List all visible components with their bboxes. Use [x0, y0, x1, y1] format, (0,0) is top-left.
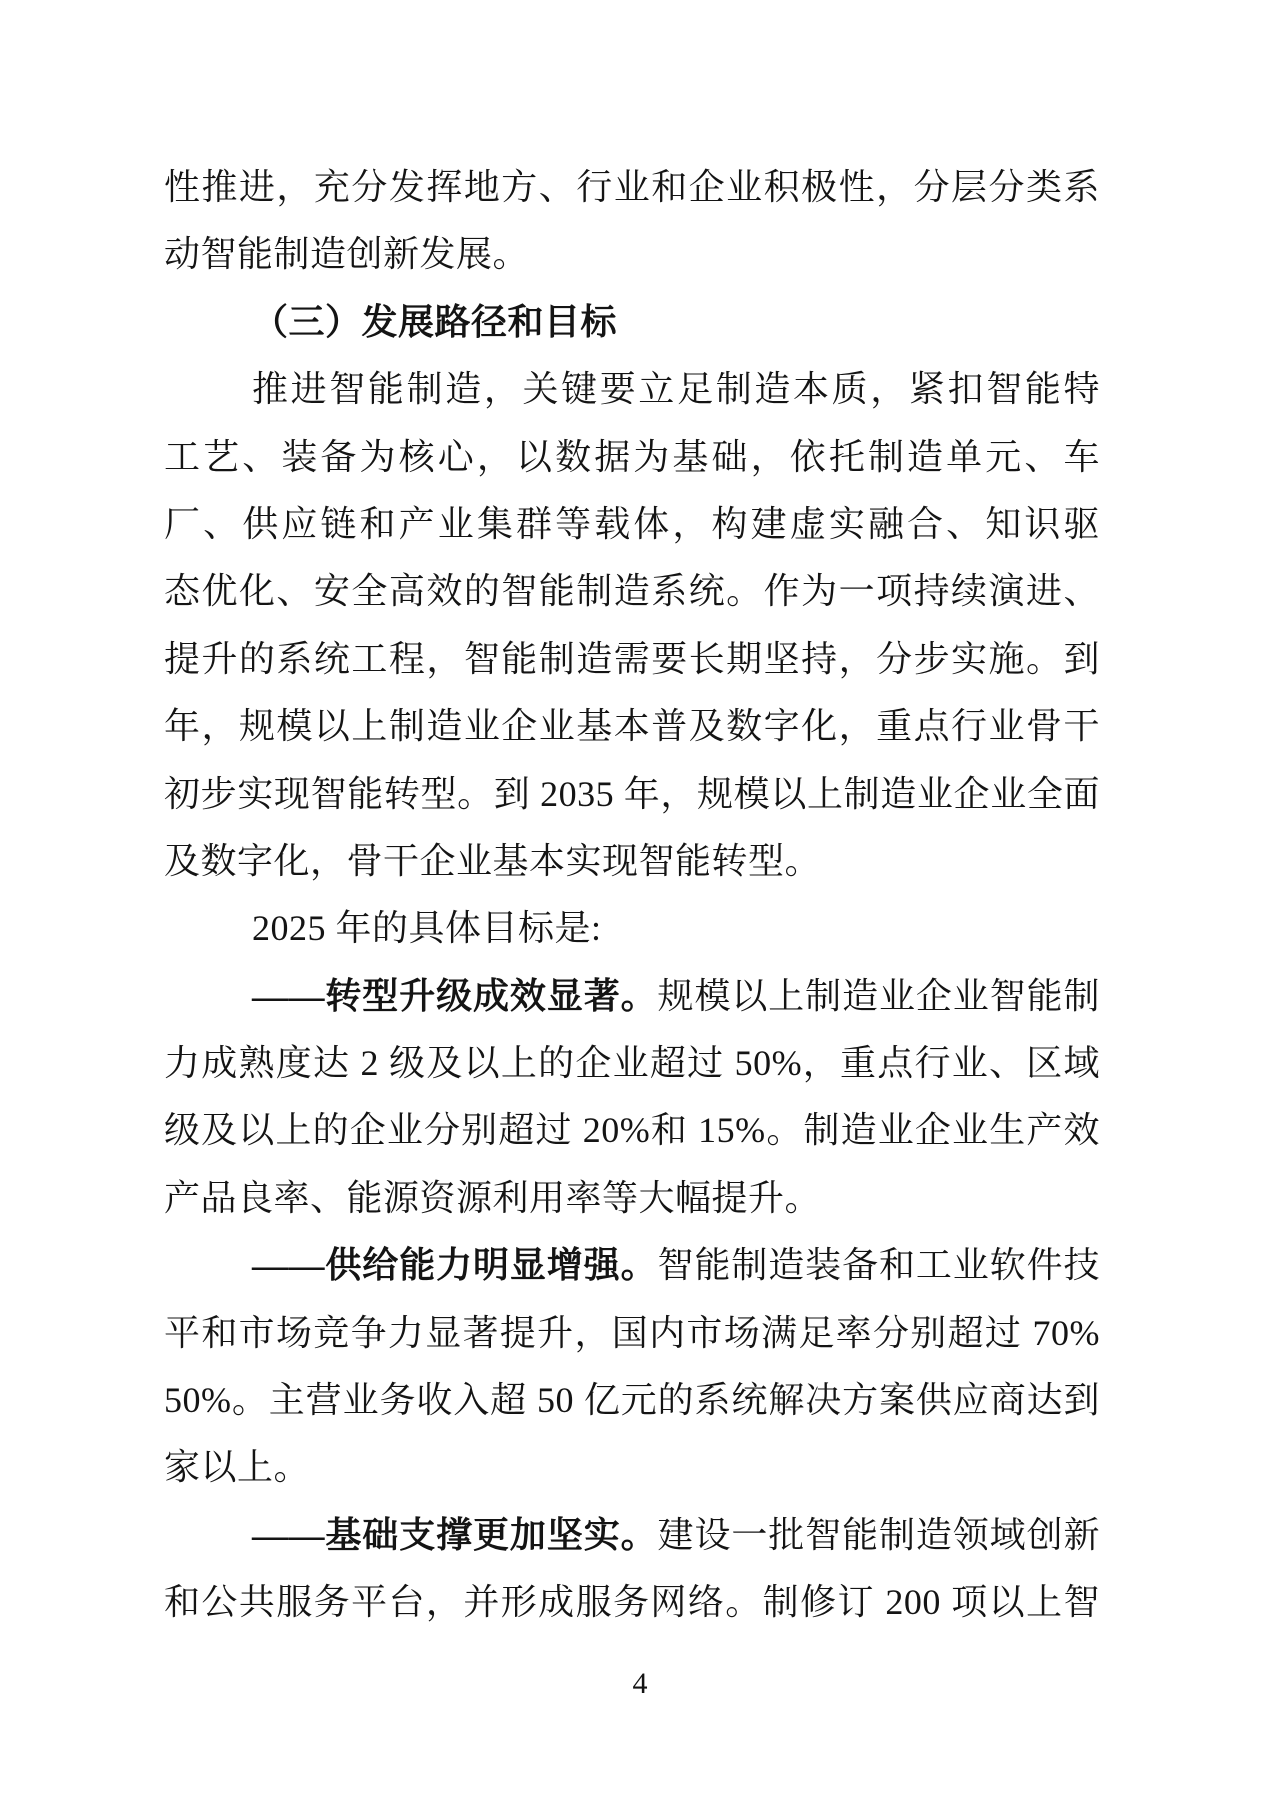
emphasis-lead: ——供给能力明显增强。: [252, 1245, 658, 1285]
text-line: 厂、供应链和产业集群等载体，构建虚实融合、知识驱动、动: [164, 491, 1100, 558]
text-line: 和公共服务平台，并形成服务网络。制修订 200 项以上智能制: [164, 1569, 1100, 1636]
section-heading-line: （三）发展路径和目标: [164, 289, 1100, 356]
text-line: 性推进，充分发挥地方、行业和企业积极性，分层分类系统推: [164, 154, 1100, 221]
text-line: 提升的系统工程，智能制造需要长期坚持，分步实施。到 2025: [164, 626, 1100, 693]
text-line: ——基础支撑更加坚实。建设一批智能制造领域创新载体: [164, 1502, 1100, 1569]
text-line: 推进智能制造，关键要立足制造本质，紧扣智能特征，以: [164, 356, 1100, 423]
text-line: 级及以上的企业分别超过 20%和 15%。制造业企业生产效率、: [164, 1097, 1100, 1164]
text-line: 初步实现智能转型。到 2035 年，规模以上制造业企业全面普: [164, 761, 1100, 828]
text-line: 2025 年的具体目标是:: [164, 895, 1100, 962]
text-line: 平和市场竞争力显著提升，国内市场满足率分别超过 70%和: [164, 1300, 1100, 1367]
document-page: 性推进，充分发挥地方、行业和企业积极性，分层分类系统推动智能制造创新发展。（三）…: [0, 0, 1280, 1810]
text-line: 产品良率、能源资源利用率等大幅提升。: [164, 1165, 1100, 1232]
text-line: 工艺、装备为核心，以数据为基础，依托制造单元、车间、工: [164, 424, 1100, 491]
text-line: ——供给能力明显增强。智能制造装备和工业软件技术水: [164, 1232, 1100, 1299]
text-line: 家以上。: [164, 1434, 1100, 1501]
text-line: 动智能制造创新发展。: [164, 221, 1100, 288]
text-line: 力成熟度达 2 级及以上的企业超过 50%，重点行业、区域达 3: [164, 1030, 1100, 1097]
text-line: ——转型升级成效显著。规模以上制造业企业智能制造能: [164, 963, 1100, 1030]
text-line: 年，规模以上制造业企业基本普及数字化，重点行业骨干企业: [164, 693, 1100, 760]
document-body: 性推进，充分发挥地方、行业和企业积极性，分层分类系统推动智能制造创新发展。（三）…: [164, 154, 1100, 1637]
page-number: 4: [0, 1666, 1280, 1702]
emphasis-lead: ——转型升级成效显著。: [252, 976, 658, 1016]
text-line: 态优化、安全高效的智能制造系统。作为一项持续演进、迭代: [164, 558, 1100, 625]
text-line: 50%。主营业务收入超 50 亿元的系统解决方案供应商达到 10: [164, 1367, 1100, 1434]
emphasis-lead: ——基础支撑更加坚实。: [252, 1515, 658, 1555]
text-line: 及数字化，骨干企业基本实现智能转型。: [164, 828, 1100, 895]
